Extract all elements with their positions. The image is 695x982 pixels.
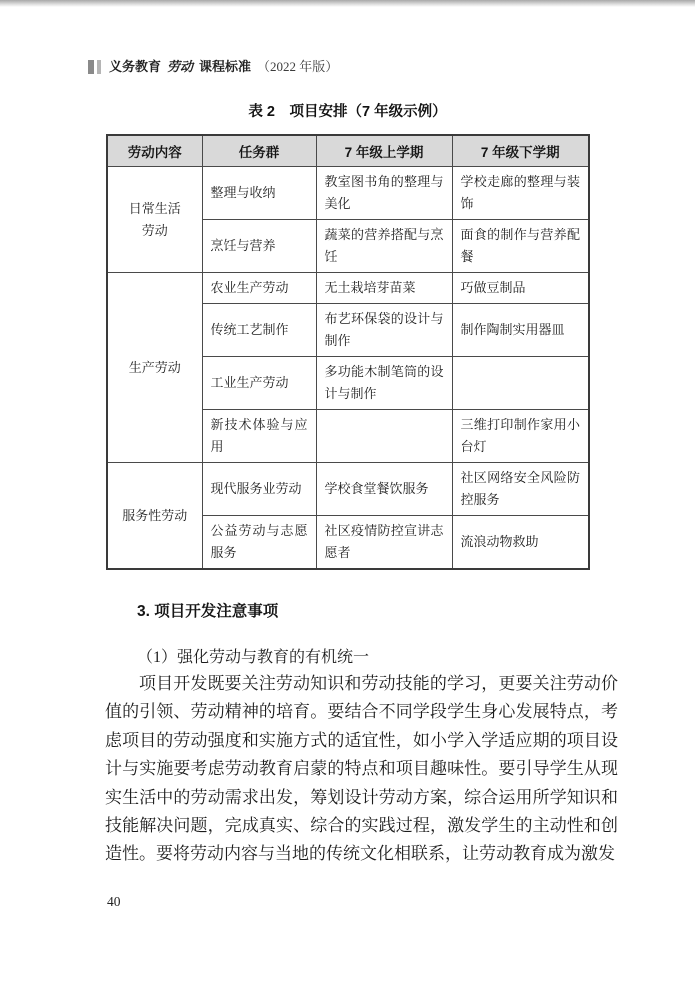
table-header-row: 劳动内容 任务群 7 年级上学期 7 年级下学期 — [107, 135, 589, 167]
body-paragraph: 项目开发既要关注劳动知识和劳动技能的学习，更要关注劳动价值的引领、劳动精神的培育… — [105, 670, 618, 869]
term2-cell: 制作陶制实用器皿 — [452, 304, 589, 357]
col-header-term2: 7 年级下学期 — [452, 135, 589, 167]
document-page: 义务教育 劳动 课程标准 （2022 年版） 表 2 项目安排（7 年级示例） … — [0, 0, 695, 982]
page-top-edge — [0, 0, 695, 7]
term1-cell — [316, 410, 452, 463]
header-doc-type: 课程标准 — [199, 59, 251, 75]
task-cell: 新技术体验与应用 — [202, 410, 316, 463]
task-cell: 农业生产劳动 — [202, 273, 316, 304]
term2-cell: 巧做豆制品 — [452, 273, 589, 304]
task-cell: 工业生产劳动 — [202, 357, 316, 410]
header-subject: 劳动 — [167, 59, 193, 75]
task-cell: 现代服务业劳动 — [202, 463, 316, 516]
col-header-labor-content: 劳动内容 — [107, 135, 202, 167]
term2-cell: 社区网络安全风险防控服务 — [452, 463, 589, 516]
term2-cell: 面食的制作与营养配餐 — [452, 220, 589, 273]
task-cell: 烹饪与营养 — [202, 220, 316, 273]
page-number: 40 — [107, 894, 121, 910]
table-caption: 表 2 项目安排（7 年级示例） — [0, 100, 695, 121]
term2-cell: 流浪动物救助 — [452, 516, 589, 570]
term1-cell: 教室图书角的整理与美化 — [316, 167, 452, 220]
term1-cell: 布艺环保袋的设计与制作 — [316, 304, 452, 357]
table-row: 服务性劳动现代服务业劳动学校食堂餐饮服务社区网络安全风险防控服务 — [107, 463, 589, 516]
category-cell: 日常生活劳动 — [107, 167, 202, 273]
header-edition: （2022 年版） — [257, 59, 338, 75]
term1-cell: 社区疫情防控宣讲志愿者 — [316, 516, 452, 570]
header-series: 义务教育 — [109, 59, 161, 75]
header-bar-light-icon — [97, 60, 101, 74]
term1-cell: 多功能木制笔筒的设计与制作 — [316, 357, 452, 410]
section-heading: 3. 项目开发注意事项 — [137, 599, 278, 621]
table-row: 日常生活劳动整理与收纳教室图书角的整理与美化学校走廊的整理与装饰 — [107, 167, 589, 220]
col-header-task-group: 任务群 — [202, 135, 316, 167]
task-cell: 公益劳动与志愿服务 — [202, 516, 316, 570]
term1-cell: 蔬菜的营养搭配与烹饪 — [316, 220, 452, 273]
term1-cell: 学校食堂餐饮服务 — [316, 463, 452, 516]
task-cell: 整理与收纳 — [202, 167, 316, 220]
task-cell: 传统工艺制作 — [202, 304, 316, 357]
col-header-term1: 7 年级上学期 — [316, 135, 452, 167]
category-cell: 生产劳动 — [107, 273, 202, 463]
category-cell: 服务性劳动 — [107, 463, 202, 570]
section-subheading: （1）强化劳动与教育的有机统一 — [137, 644, 369, 667]
term2-cell: 三维打印制作家用小台灯 — [452, 410, 589, 463]
project-schedule-table: 劳动内容 任务群 7 年级上学期 7 年级下学期 日常生活劳动整理与收纳教室图书… — [106, 134, 590, 570]
header-bar-dark-icon — [88, 60, 94, 74]
term2-cell — [452, 357, 589, 410]
term1-cell: 无土栽培芽苗菜 — [316, 273, 452, 304]
table-body: 日常生活劳动整理与收纳教室图书角的整理与美化学校走廊的整理与装饰烹饪与营养蔬菜的… — [107, 167, 589, 570]
table-row: 生产劳动农业生产劳动无土栽培芽苗菜巧做豆制品 — [107, 273, 589, 304]
term2-cell: 学校走廊的整理与装饰 — [452, 167, 589, 220]
running-header: 义务教育 劳动 课程标准 （2022 年版） — [88, 59, 344, 75]
